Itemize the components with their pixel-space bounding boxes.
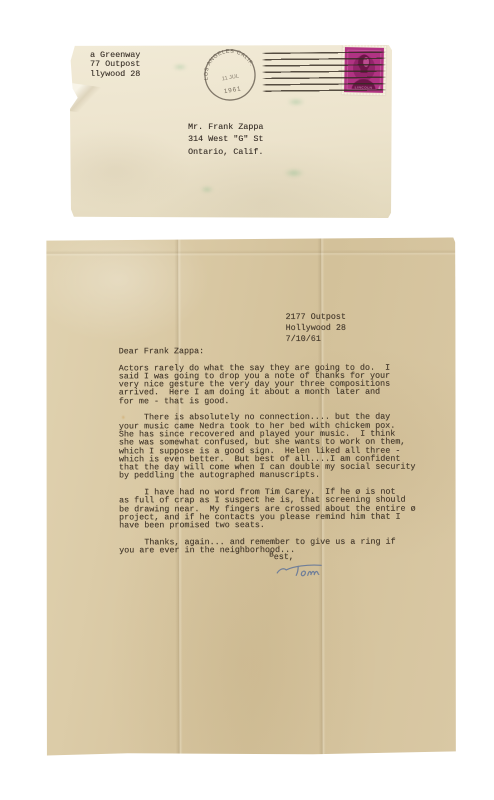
envelope-return-address: a Greenway 77 Outpost llywood 28	[90, 51, 140, 79]
envelope-stain	[170, 63, 190, 71]
envelope-stain	[280, 167, 308, 179]
letter-paragraph-1: Actors rarely do what the say they are g…	[119, 363, 429, 405]
signature-flourish	[277, 565, 321, 573]
envelope-recipient-address: Mr. Frank Zappa 314 West "G" St Ontario,…	[188, 121, 263, 158]
letter: 2177 Outpost Hollywood 28 7/10/61 Dear F…	[44, 237, 456, 756]
postmark: LOS ANGELES CALIF. 11 JUL 1961	[198, 43, 263, 108]
letter-paragraph-3: I have had no word from Tim Carey. If he…	[119, 488, 429, 530]
letter-body: Dear Frank Zappa: Actors rarely do what …	[119, 347, 430, 564]
salutation: Dear Frank Zappa:	[119, 347, 429, 356]
cancellation-lines	[262, 51, 386, 96]
letter-paragraph-2: There is absolutely no connection.... bu…	[119, 413, 429, 480]
postmark-day: 11 JUL	[221, 73, 239, 82]
signature-name-strokes	[296, 566, 319, 575]
envelope: a Greenway 77 Outpost llywood 28 LOS ANG…	[70, 45, 392, 218]
letter-crease-top	[44, 249, 455, 256]
envelope-stain	[284, 97, 308, 107]
envelope-corner-crease	[66, 83, 102, 115]
handwritten-signature: Tom	[274, 560, 326, 580]
closing-raised-letter: B	[269, 551, 274, 559]
envelope-stain	[198, 185, 216, 194]
postmark-year: 1961	[223, 85, 242, 95]
letter-heading: 2177 Outpost Hollywood 28 7/10/61	[286, 312, 346, 345]
